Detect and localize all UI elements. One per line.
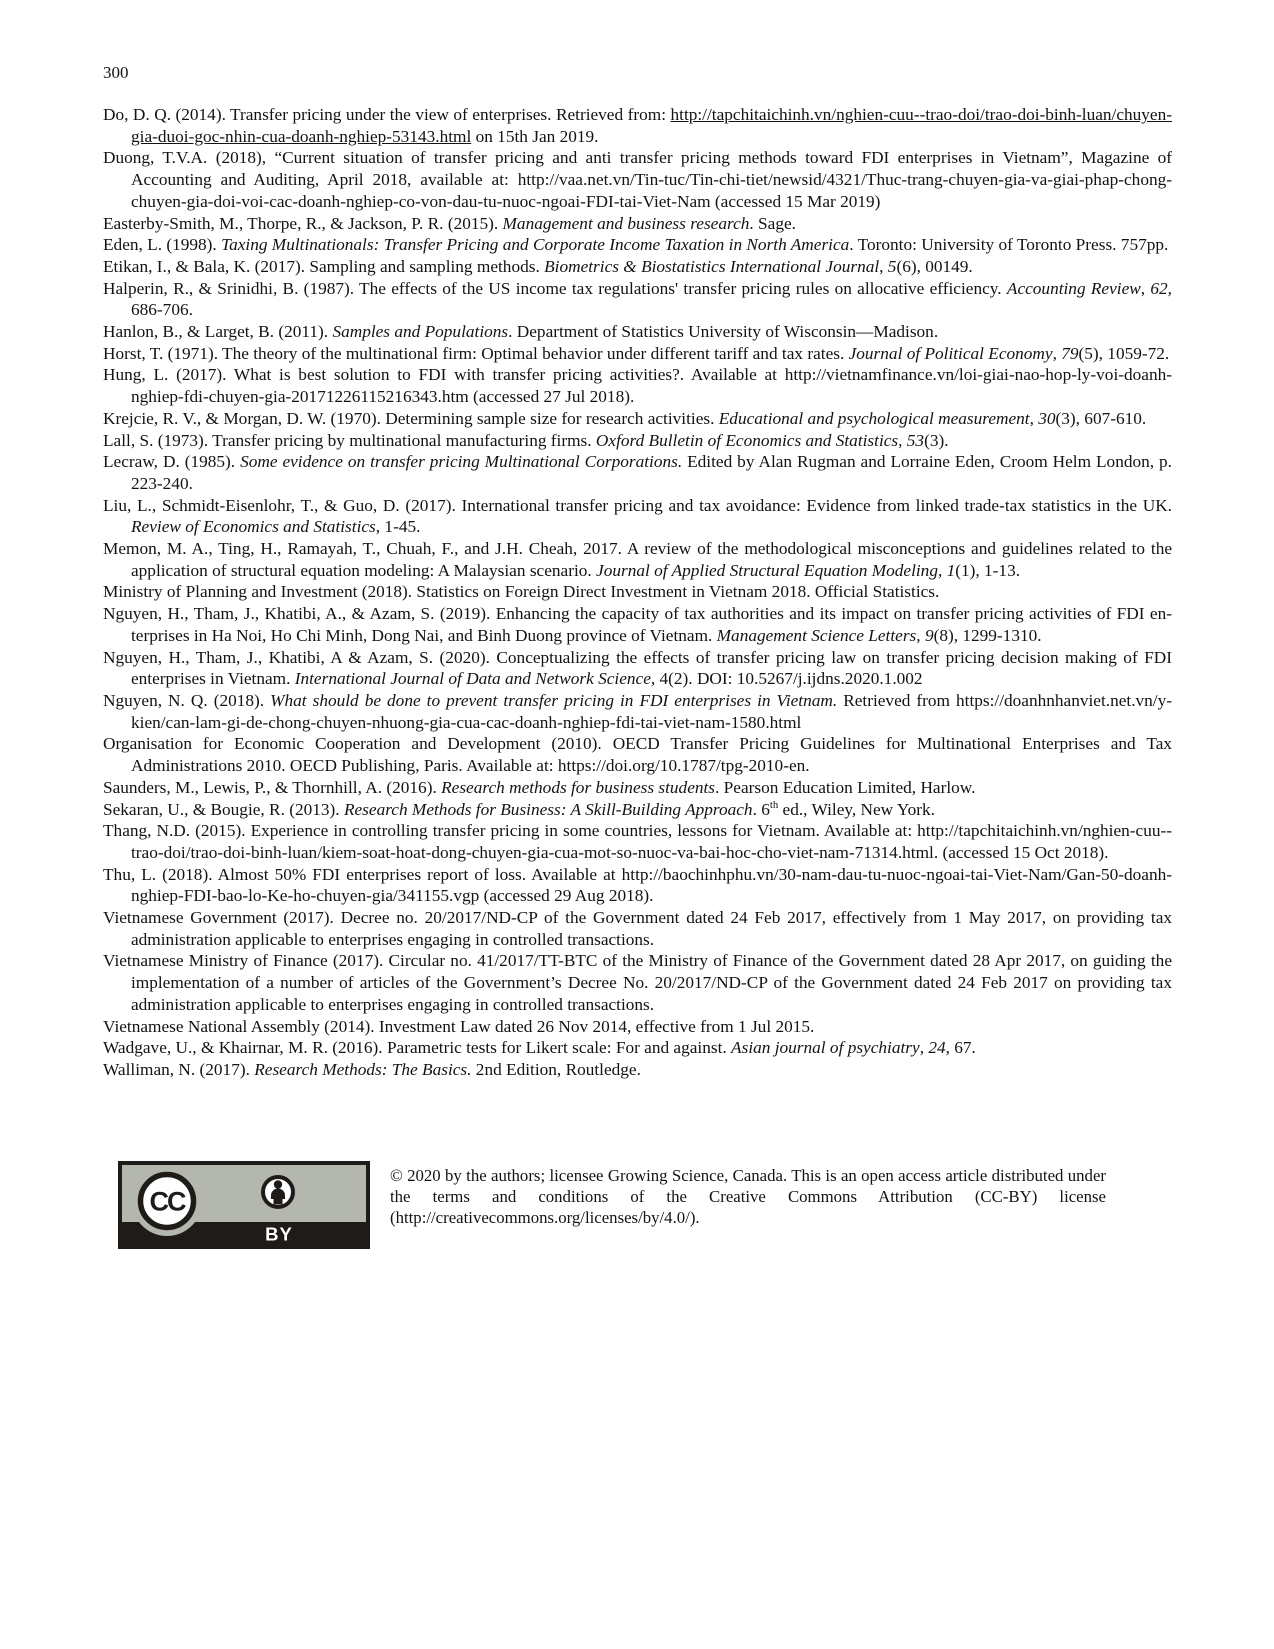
reference-entry: Walliman, N. (2017). Research Methods: T… — [103, 1059, 1172, 1081]
references-list: Do, D. Q. (2014). Transfer pricing under… — [103, 104, 1172, 1081]
reference-entry: Thang, N.D. (2015). Experience in contro… — [103, 820, 1172, 863]
reference-text: Educational and psychological measuremen… — [719, 409, 1030, 428]
reference-text: Eden, L. (1998). — [103, 235, 221, 254]
reference-text: . 6 — [753, 800, 770, 819]
reference-text: , 4(2). DOI: 10.5267/j.ijdns.2020.1.002 — [651, 669, 923, 688]
reference-text: (3), 607-610. — [1056, 409, 1147, 428]
reference-text: Oxford Bulletin of Economics and Statist… — [596, 431, 924, 450]
reference-text: Walliman, N. (2017). — [103, 1060, 254, 1079]
reference-text: Saunders, M., Lewis, P., & Thornhill, A.… — [103, 778, 441, 797]
reference-entry: Memon, M. A., Ting, H., Ramayah, T., Chu… — [103, 538, 1172, 581]
license-text: © 2020 by the authors; licensee Growing … — [390, 1161, 1106, 1228]
reference-text: Vietnamese Ministry of Finance (2017). C… — [103, 951, 1172, 1013]
reference-entry: Etikan, I., & Bala, K. (2017). Sampling … — [103, 256, 1172, 278]
reference-text: Organisation for Economic Cooperation an… — [103, 734, 1172, 775]
reference-entry: Do, D. Q. (2014). Transfer pricing under… — [103, 104, 1172, 147]
reference-text: 30 — [1038, 409, 1055, 428]
reference-text: Research Methods: The Basics. — [254, 1060, 471, 1079]
reference-entry: Ministry of Planning and Investment (201… — [103, 581, 1172, 603]
reference-text: . Sage. — [749, 214, 796, 233]
reference-entry: Krejcie, R. V., & Morgan, D. W. (1970). … — [103, 408, 1172, 430]
reference-text: , — [1053, 344, 1062, 363]
reference-text: Nguyen, N. Q. (2018). — [103, 691, 270, 710]
reference-text: Research methods for business students — [441, 778, 715, 797]
reference-text: Biometrics & Biostatistics International… — [544, 257, 879, 276]
reference-text: , 67. — [946, 1038, 976, 1057]
reference-text: 62, — [1150, 279, 1172, 298]
reference-text: ed., Wiley, New York. — [778, 800, 935, 819]
reference-text: Hanlon, B., & Larget, B. (2011). — [103, 322, 332, 341]
by-label: BY — [265, 1223, 293, 1244]
reference-text: Some evidence on transfer pricing Multin… — [240, 452, 682, 471]
reference-text: 24 — [928, 1038, 945, 1057]
reference-text: Lall, S. (1973). Transfer pricing by mul… — [103, 431, 596, 450]
reference-text: Vietnamese National Assembly (2014). Inv… — [103, 1017, 814, 1036]
reference-text: Krejcie, R. V., & Morgan, D. W. (1970). … — [103, 409, 719, 428]
paper-page: 300 Do, D. Q. (2014). Transfer pricing u… — [0, 0, 1274, 1249]
reference-entry: Hung, L. (2017). What is best solution t… — [103, 364, 1172, 407]
reference-text: Management Science Letters — [717, 626, 917, 645]
reference-text: Lecraw, D. (1985). — [103, 452, 240, 471]
reference-text: Management and business research — [503, 214, 750, 233]
reference-entry: Halperin, R., & Srinidhi, B. (1987). The… — [103, 278, 1172, 321]
reference-entry: Nguyen, N. Q. (2018). What should be don… — [103, 690, 1172, 733]
reference-entry: Saunders, M., Lewis, P., & Thornhill, A.… — [103, 777, 1172, 799]
reference-text: Accounting Review — [1007, 279, 1141, 298]
reference-text: Sekaran, U., & Bougie, R. (2013). — [103, 800, 344, 819]
reference-text: 9 — [925, 626, 934, 645]
reference-text: Liu, L., Schmidt-Eisenlohr, T., & Guo, D… — [103, 496, 1172, 515]
reference-entry: Nguyen, H., Tham, J., Khatibi, A & Azam,… — [103, 647, 1172, 690]
reference-text: . Pearson Education Limited, Harlow. — [715, 778, 975, 797]
cc-logo-text: CC — [150, 1186, 186, 1216]
reference-text: Taxing Multinationals: Transfer Pricing … — [221, 235, 849, 254]
reference-text: Research Methods for Business: A Skill-B… — [344, 800, 753, 819]
reference-text: Wadgave, U., & Khairnar, M. R. (2016). P… — [103, 1038, 731, 1057]
reference-entry: Duong, T.V.A. (2018), “Current situation… — [103, 147, 1172, 212]
reference-entry: Hanlon, B., & Larget, B. (2011). Samples… — [103, 321, 1172, 343]
reference-text: , — [1030, 409, 1039, 428]
page-number: 300 — [103, 62, 1172, 84]
reference-text: (6), 00149. — [896, 257, 972, 276]
reference-entry: Liu, L., Schmidt-Eisenlohr, T., & Guo, D… — [103, 495, 1172, 538]
reference-text: Ministry of Planning and Investment (201… — [103, 582, 939, 601]
reference-text: Review of Economics and Statistics — [131, 517, 376, 536]
reference-text: (5), 1059-72. — [1079, 344, 1170, 363]
reference-text: (8), 1299-1310. — [934, 626, 1042, 645]
reference-text: (1), 1-13. — [955, 561, 1020, 580]
reference-entry: Eden, L. (1998). Taxing Multinationals: … — [103, 234, 1172, 256]
reference-entry: Vietnamese Ministry of Finance (2017). C… — [103, 950, 1172, 1015]
reference-text: Asian journal of psychiatry — [731, 1038, 920, 1057]
reference-text: Vietnamese Government (2017). Decree no.… — [103, 908, 1172, 949]
reference-text: International Journal of Data and Networ… — [295, 669, 651, 688]
reference-entry: Easterby-Smith, M., Thorpe, R., & Jackso… — [103, 213, 1172, 235]
reference-entry: Horst, T. (1971). The theory of the mult… — [103, 343, 1172, 365]
reference-text: , — [1141, 279, 1151, 298]
reference-text: Hung, L. (2017). What is best solution t… — [103, 365, 1172, 406]
reference-text: th — [770, 799, 778, 811]
reference-entry: Lall, S. (1973). Transfer pricing by mul… — [103, 430, 1172, 452]
license-footer: CC BY © 2020 by the authors; licensee Gr… — [103, 1161, 1172, 1249]
reference-text: Journal of Applied Structural Equation M… — [596, 561, 955, 580]
reference-entry: Thu, L. (2018). Almost 50% FDI enterpris… — [103, 864, 1172, 907]
reference-text: Do, D. Q. (2014). Transfer pricing under… — [103, 105, 671, 124]
reference-text: . Toronto: University of Toronto Press. … — [849, 235, 1168, 254]
reference-text: Thu, L. (2018). Almost 50% FDI enterpris… — [103, 865, 1172, 906]
reference-text: Halperin, R., & Srinidhi, B. (1987). The… — [103, 279, 1007, 298]
reference-entry: Vietnamese National Assembly (2014). Inv… — [103, 1016, 1172, 1038]
reference-text: , — [879, 257, 888, 276]
reference-entry: Lecraw, D. (1985). Some evidence on tran… — [103, 451, 1172, 494]
reference-text: 79 — [1061, 344, 1078, 363]
reference-entry: Organisation for Economic Cooperation an… — [103, 733, 1172, 776]
reference-text: (3). — [924, 431, 948, 450]
reference-entry: Vietnamese Government (2017). Decree no.… — [103, 907, 1172, 950]
reference-text: . Department of Statistics University of… — [508, 322, 938, 341]
reference-entry: Sekaran, U., & Bougie, R. (2013). Resear… — [103, 799, 1172, 821]
reference-text: Etikan, I., & Bala, K. (2017). Sampling … — [103, 257, 544, 276]
reference-text: Thang, N.D. (2015). Experience in contro… — [103, 821, 1172, 862]
person-head — [274, 1180, 282, 1188]
reference-text: 686-706. — [131, 300, 193, 319]
reference-entry: Nguyen, H., Tham, J., Khatibi, A., & Aza… — [103, 603, 1172, 646]
reference-text: , 1-45. — [376, 517, 421, 536]
reference-text: Journal of Political Economy — [849, 344, 1053, 363]
reference-text: Horst, T. (1971). The theory of the mult… — [103, 344, 849, 363]
reference-text: 2nd Edition, Routledge. — [471, 1060, 640, 1079]
reference-text: What should be done to prevent transfer … — [270, 691, 837, 710]
reference-text: Duong, T.V.A. (2018), “Current situation… — [103, 148, 1172, 210]
cc-by-badge: CC BY — [118, 1161, 370, 1249]
reference-text: Easterby-Smith, M., Thorpe, R., & Jackso… — [103, 214, 503, 233]
reference-text: Samples and Populations — [332, 322, 508, 341]
reference-text: , — [916, 626, 925, 645]
reference-text: on 15th Jan 2019. — [471, 127, 598, 146]
reference-entry: Wadgave, U., & Khairnar, M. R. (2016). P… — [103, 1037, 1172, 1059]
